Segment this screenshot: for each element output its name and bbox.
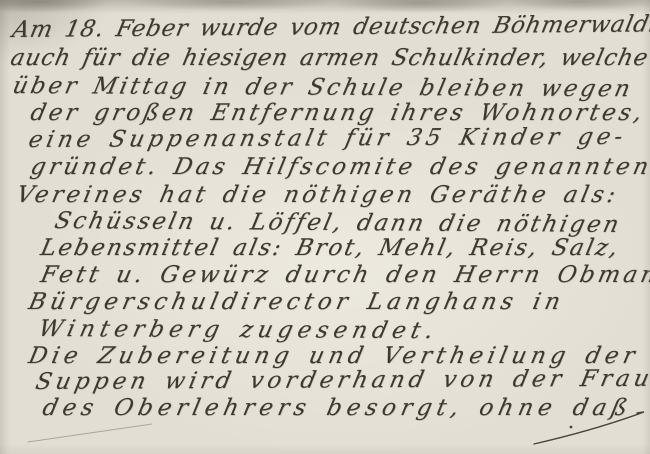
handwriting-line: Fett u. Gewürz durch den Herrn Obmann [38,261,650,289]
handwriting-line: Winterberg zugesendet. [36,315,441,345]
manuscript-page: Am 18. Feber wurde vom deutschen Böhmerw… [0,0,650,454]
handwriting-line: eine Suppenanstalt für 35 Kinder ge- [26,123,629,154]
handwriting-line: Bürgerschuldirector Langhans in [26,288,567,316]
handwriting-line: Suppen wird vorderhand von der Frau [33,365,650,396]
handwriting-line: des Oberlehrers besorgt, ohne daß [40,394,635,422]
handwriting-line: Lebensmittel als: Brot, Mehl, Reis, Salz… [38,234,622,262]
handwriting-line: Am 18. Feber wurde vom deutschen Böhmerw… [10,10,650,44]
handwriting-block: Am 18. Feber wurde vom deutschen Böhmerw… [0,0,650,454]
handwriting-line: Vereines hat die nöthigen Geräthe als: [14,181,621,209]
handwriting-line: gründet. Das Hilfscomite des genannten [28,153,650,181]
handwriting-line: auch für die hiesigen armen Schulkinder,… [8,44,650,72]
